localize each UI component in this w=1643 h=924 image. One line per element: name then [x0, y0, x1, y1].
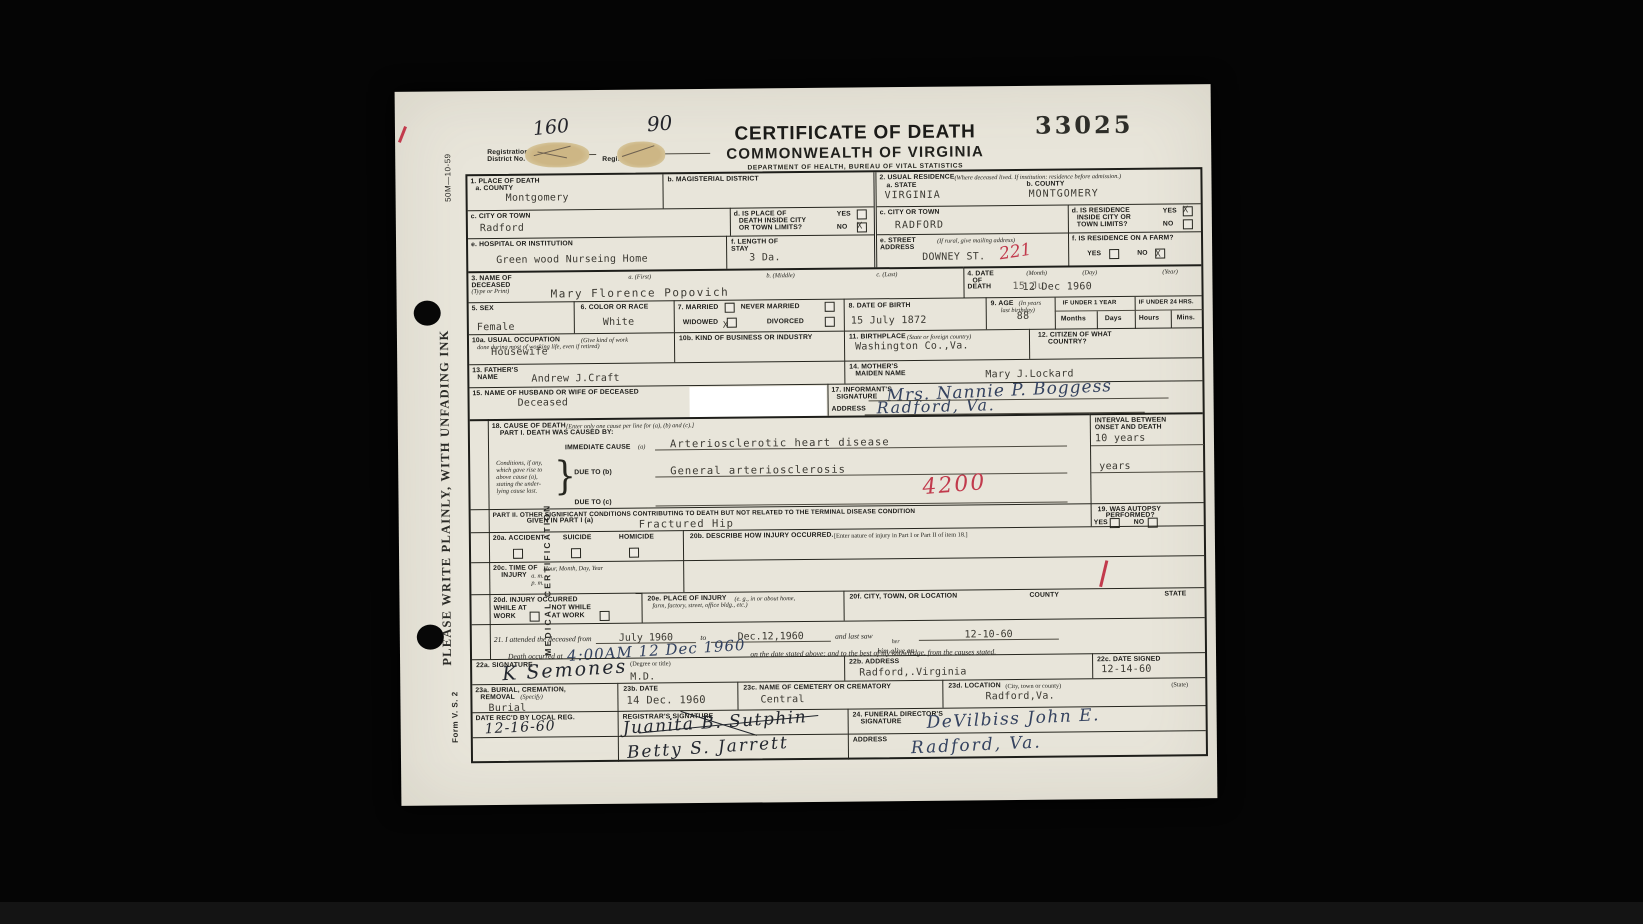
tape-smudge-district — [525, 142, 589, 168]
field-citizen-country: 12. CITIZEN OF WHAT COUNTRY? — [1029, 327, 1202, 359]
accident-checkbox — [513, 549, 523, 559]
injury-blank-area — [683, 555, 1204, 592]
interval-a-value: 10 years — [1095, 433, 1146, 444]
commonwealth-subtitle: COMMONWEALTH OF VIRGINIA — [645, 143, 1065, 162]
field-physician-signature: 22a. SIGNATURE (Degree or title) K Semon… — [472, 656, 844, 685]
red-slash-mark — [1099, 560, 1108, 587]
field-cause-of-death: 18. CAUSE OF DEATH [Enter only one cause… — [470, 413, 1091, 509]
field-length-of-stay: f. LENGTH OF STAY 3 Da. — [726, 234, 874, 268]
field-interval-onset-death: INTERVAL BETWEEN ONSET AND DEATH 10 year… — [1090, 412, 1204, 503]
cemetery-value: Central — [760, 694, 804, 705]
form-stock-code: 50M—10-59 — [443, 153, 452, 202]
field-time-of-injury: 20c. TIME OF INJURY Hour, Month, Day, Ye… — [471, 560, 683, 594]
never-married-checkbox — [825, 302, 835, 312]
street-number-red-handwriting: 221 — [998, 242, 1033, 264]
suicide-checkbox — [571, 548, 581, 558]
field-place-of-death: 1. PLACE OF DEATH a. COUNTY Montgomery — [467, 174, 662, 210]
physician-address-value: Radford,.Virginia — [859, 666, 967, 678]
street-address-value: DOWNEY ST. — [922, 251, 985, 263]
divorced-checkbox — [825, 317, 835, 327]
field-burial-date: 23b. DATE 14 Dec. 1960 — [617, 682, 737, 711]
field-registrar-signature: REGISTRAR'S SIGNATURE Juanita B. Sutphin — [618, 709, 848, 736]
farm-yes-checkbox — [1109, 249, 1119, 259]
deceased-name-value: Mary Florence Popovich — [550, 287, 729, 301]
interval-b-value: years — [1099, 461, 1131, 472]
field-business-industry: 10b. KIND OF BUSINESS OR INDUSTRY — [674, 331, 844, 363]
state-value: VIRGINIA — [885, 190, 941, 202]
field-residence-city: c. CITY OR TOWN RADFORD — [877, 204, 1068, 234]
while-at-work-checkbox — [530, 612, 540, 622]
death-limits-yes-checkbox — [857, 209, 867, 219]
farm-no-xmark: X — [1155, 251, 1161, 260]
race-value: White — [603, 317, 635, 328]
field-physician-address: 22b. ADDRESS Radford,.Virginia — [844, 653, 1092, 680]
certificate-title: CERTIFICATE OF DEATH — [645, 121, 1065, 144]
date-of-birth-value: 15 July 1872 — [851, 315, 927, 327]
margin-plea-text: PLEASE WRITE PLAINLY, WITH UNFADING INK — [437, 329, 455, 665]
field-injury-city-county-state: 20f. CITY, TOWN, OR LOCATION COUNTY STAT… — [843, 587, 1204, 620]
field-husband-or-wife: 15. NAME OF HUSBAND OR WIFE OF DECEASED … — [469, 384, 827, 419]
residence-limits-no-checkbox — [1183, 219, 1193, 229]
physician-degree-value: M.D. — [630, 671, 655, 682]
homicide-checkbox — [629, 548, 639, 558]
field-funeral-director-address: ADDRESS Radford, Va. — [848, 730, 1206, 759]
field-residence-on-farm: f. IS RESIDENCE ON A FARM? YES NO X — [1068, 231, 1201, 265]
not-while-at-work-checkbox — [600, 611, 610, 621]
death-limits-no-xmark: X — [857, 222, 863, 231]
city-of-death-value: Radford — [480, 223, 524, 234]
form-number: Form V. S. 2 — [450, 691, 459, 743]
burial-date-value: 14 Dec. 1960 — [626, 695, 706, 707]
sex-value: Female — [477, 322, 515, 333]
fathers-name-value: Andrew J.Craft — [531, 373, 620, 385]
registration-district-label-2: District No. — [487, 156, 525, 165]
hospital-value: Green wood Nurseing Home — [496, 254, 648, 266]
certificate-number-stamp: 33025 — [1035, 113, 1134, 138]
field-residence-inside-limits: d. IS RESIDENCE INSIDE CITY OR TOWN LIMI… — [1068, 203, 1201, 232]
length-of-stay-value: 3 Da. — [749, 252, 781, 263]
field-autopsy: 19. WAS AUTOPSY PERFORMED? YES NO — [1091, 502, 1204, 526]
age-value: 88 — [1017, 311, 1030, 322]
field-birthplace: 11. BIRTHPLACE (State or foreign country… — [844, 329, 1029, 361]
registrar-signature-second: Betty S. Jarrett — [618, 734, 848, 762]
burial-location-value: Radford,Va. — [985, 691, 1055, 703]
field-injury-while-at-work: 20d. INJURY OCCURRED WHILE AT NOT WHILE … — [471, 593, 641, 625]
red-pen-tick — [398, 126, 407, 143]
field-informant: 17. INFORMANT'S SIGNATURE Mrs. Nannie P.… — [827, 380, 1202, 416]
residence-limits-yes-xmark: X — [1183, 206, 1189, 215]
field-usual-occupation: 10a. USUAL OCCUPATION (Give kind of work… — [469, 332, 674, 364]
last-seen-alive-value: 12-10-60 — [919, 629, 1059, 641]
field-city-of-death: c. CITY OR TOWN Radford — [468, 208, 730, 239]
redaction-white-box — [689, 386, 826, 417]
married-checkbox — [725, 303, 735, 313]
county-value: Montgomery — [506, 192, 569, 204]
date-of-death-value: 12 Dec 1960 — [1022, 281, 1092, 293]
occupation-value: Housewife — [491, 346, 548, 358]
field-describe-injury: 20b. DESCRIBE HOW INJURY OCCURRED. [Ente… — [683, 525, 1204, 560]
field-date-of-birth: 8. DATE OF BIRTH 15 July 1872 — [844, 297, 986, 330]
residence-city-value: RADFORD — [895, 220, 944, 231]
certificate-form-table: 1. PLACE OF DEATH a. COUNTY Montgomery b… — [465, 167, 1208, 763]
field-date-received: DATE REC'D BY LOCAL REG. 12-16-60 — [473, 711, 618, 737]
red-code-4200: 4200 — [922, 472, 988, 499]
punch-hole-top — [414, 301, 441, 326]
field-marital-status: 7. MARRIED NEVER MARRIED WIDOWED X DIVOR… — [674, 299, 844, 333]
cause-b-value: General arteriosclerosis — [670, 465, 846, 478]
husband-wife-value: Deceased — [518, 397, 569, 408]
funeral-director-signature-handwriting: DeVilbiss John E. — [926, 707, 1100, 732]
field-usual-residence: 2. USUAL RESIDENCE (Where deceased lived… — [876, 169, 1200, 206]
field-name-of-deceased: 3. NAME OF DECEASED (Type or Print) a. (… — [468, 266, 963, 302]
field-place-of-injury: 20e. PLACE OF INJURY (e. g., in or about… — [641, 591, 843, 623]
date-received-handwriting: 12-16-60 — [484, 719, 555, 736]
conditions-brace: } — [554, 453, 576, 499]
field-color-or-race: 6. COLOR OR RACE White — [574, 300, 674, 333]
field-burial-location: 23d. LOCATION (City, town or county) (St… — [942, 677, 1205, 708]
field-street-address: e. STREET ADDRESS (If rural, give mailin… — [877, 232, 1068, 267]
scanned-death-certificate-page: { "margin": {"code": "50M—10-59", "plea"… — [0, 0, 1643, 924]
widowed-xmark: X — [723, 322, 729, 331]
date-signed-value: 12-14-60 — [1101, 664, 1152, 675]
field-sex: 5. SEX Female — [469, 301, 574, 334]
field-hospital: e. HOSPITAL OR INSTITUTION Green wood Nu… — [468, 236, 726, 271]
registrar-signature-2-handwriting: Betty S. Jarrett — [627, 735, 790, 762]
funeral-director-address-handwriting: Radford, Va. — [911, 734, 1042, 757]
physician-signature-handwriting: K Semones — [502, 657, 628, 684]
handwritten-district-number: 160 — [532, 117, 570, 139]
bottom-left-empty-cell — [473, 736, 618, 763]
field-burial-cremation: 23a. BURIAL, CREMATION, REMOVAL (Specify… — [472, 683, 617, 712]
birthplace-value: Washington Co.,Va. — [855, 340, 969, 352]
field-cemetery-name: 23c. NAME OF CEMETERY OR CREMATORY Centr… — [737, 680, 942, 710]
field-magisterial-district: b. MAGISTERIAL DISTRICT — [662, 172, 873, 208]
cause-a-value: Arteriosclerotic heart disease — [670, 437, 890, 451]
certificate-paper: 50M—10-59 PLEASE WRITE PLAINLY, WITH UNF… — [395, 84, 1218, 806]
residence-county-value: MONTGOMERY — [1029, 188, 1099, 200]
field-funeral-director-signature: 24. FUNERAL DIRECTOR'S SIGNATURE DeVilbi… — [848, 705, 1206, 733]
scanner-bed-band — [0, 902, 1643, 924]
field-date-signed: 22c. DATE SIGNED 12-14-60 — [1092, 652, 1205, 678]
field-age-block: 9. AGE (In years last birthday) 88 IF UN… — [986, 295, 1202, 329]
field-accident-suicide-homicide: 20a. ACCIDENT SUICIDE HOMICIDE — [471, 530, 683, 562]
field-death-inside-limits: d. IS PLACE OF DEATH INSIDE CITY OR TOWN… — [730, 206, 874, 235]
field-date-of-death: 4. DATE OF DEATH (Month) (Day) (Year) 15… — [963, 264, 1201, 297]
